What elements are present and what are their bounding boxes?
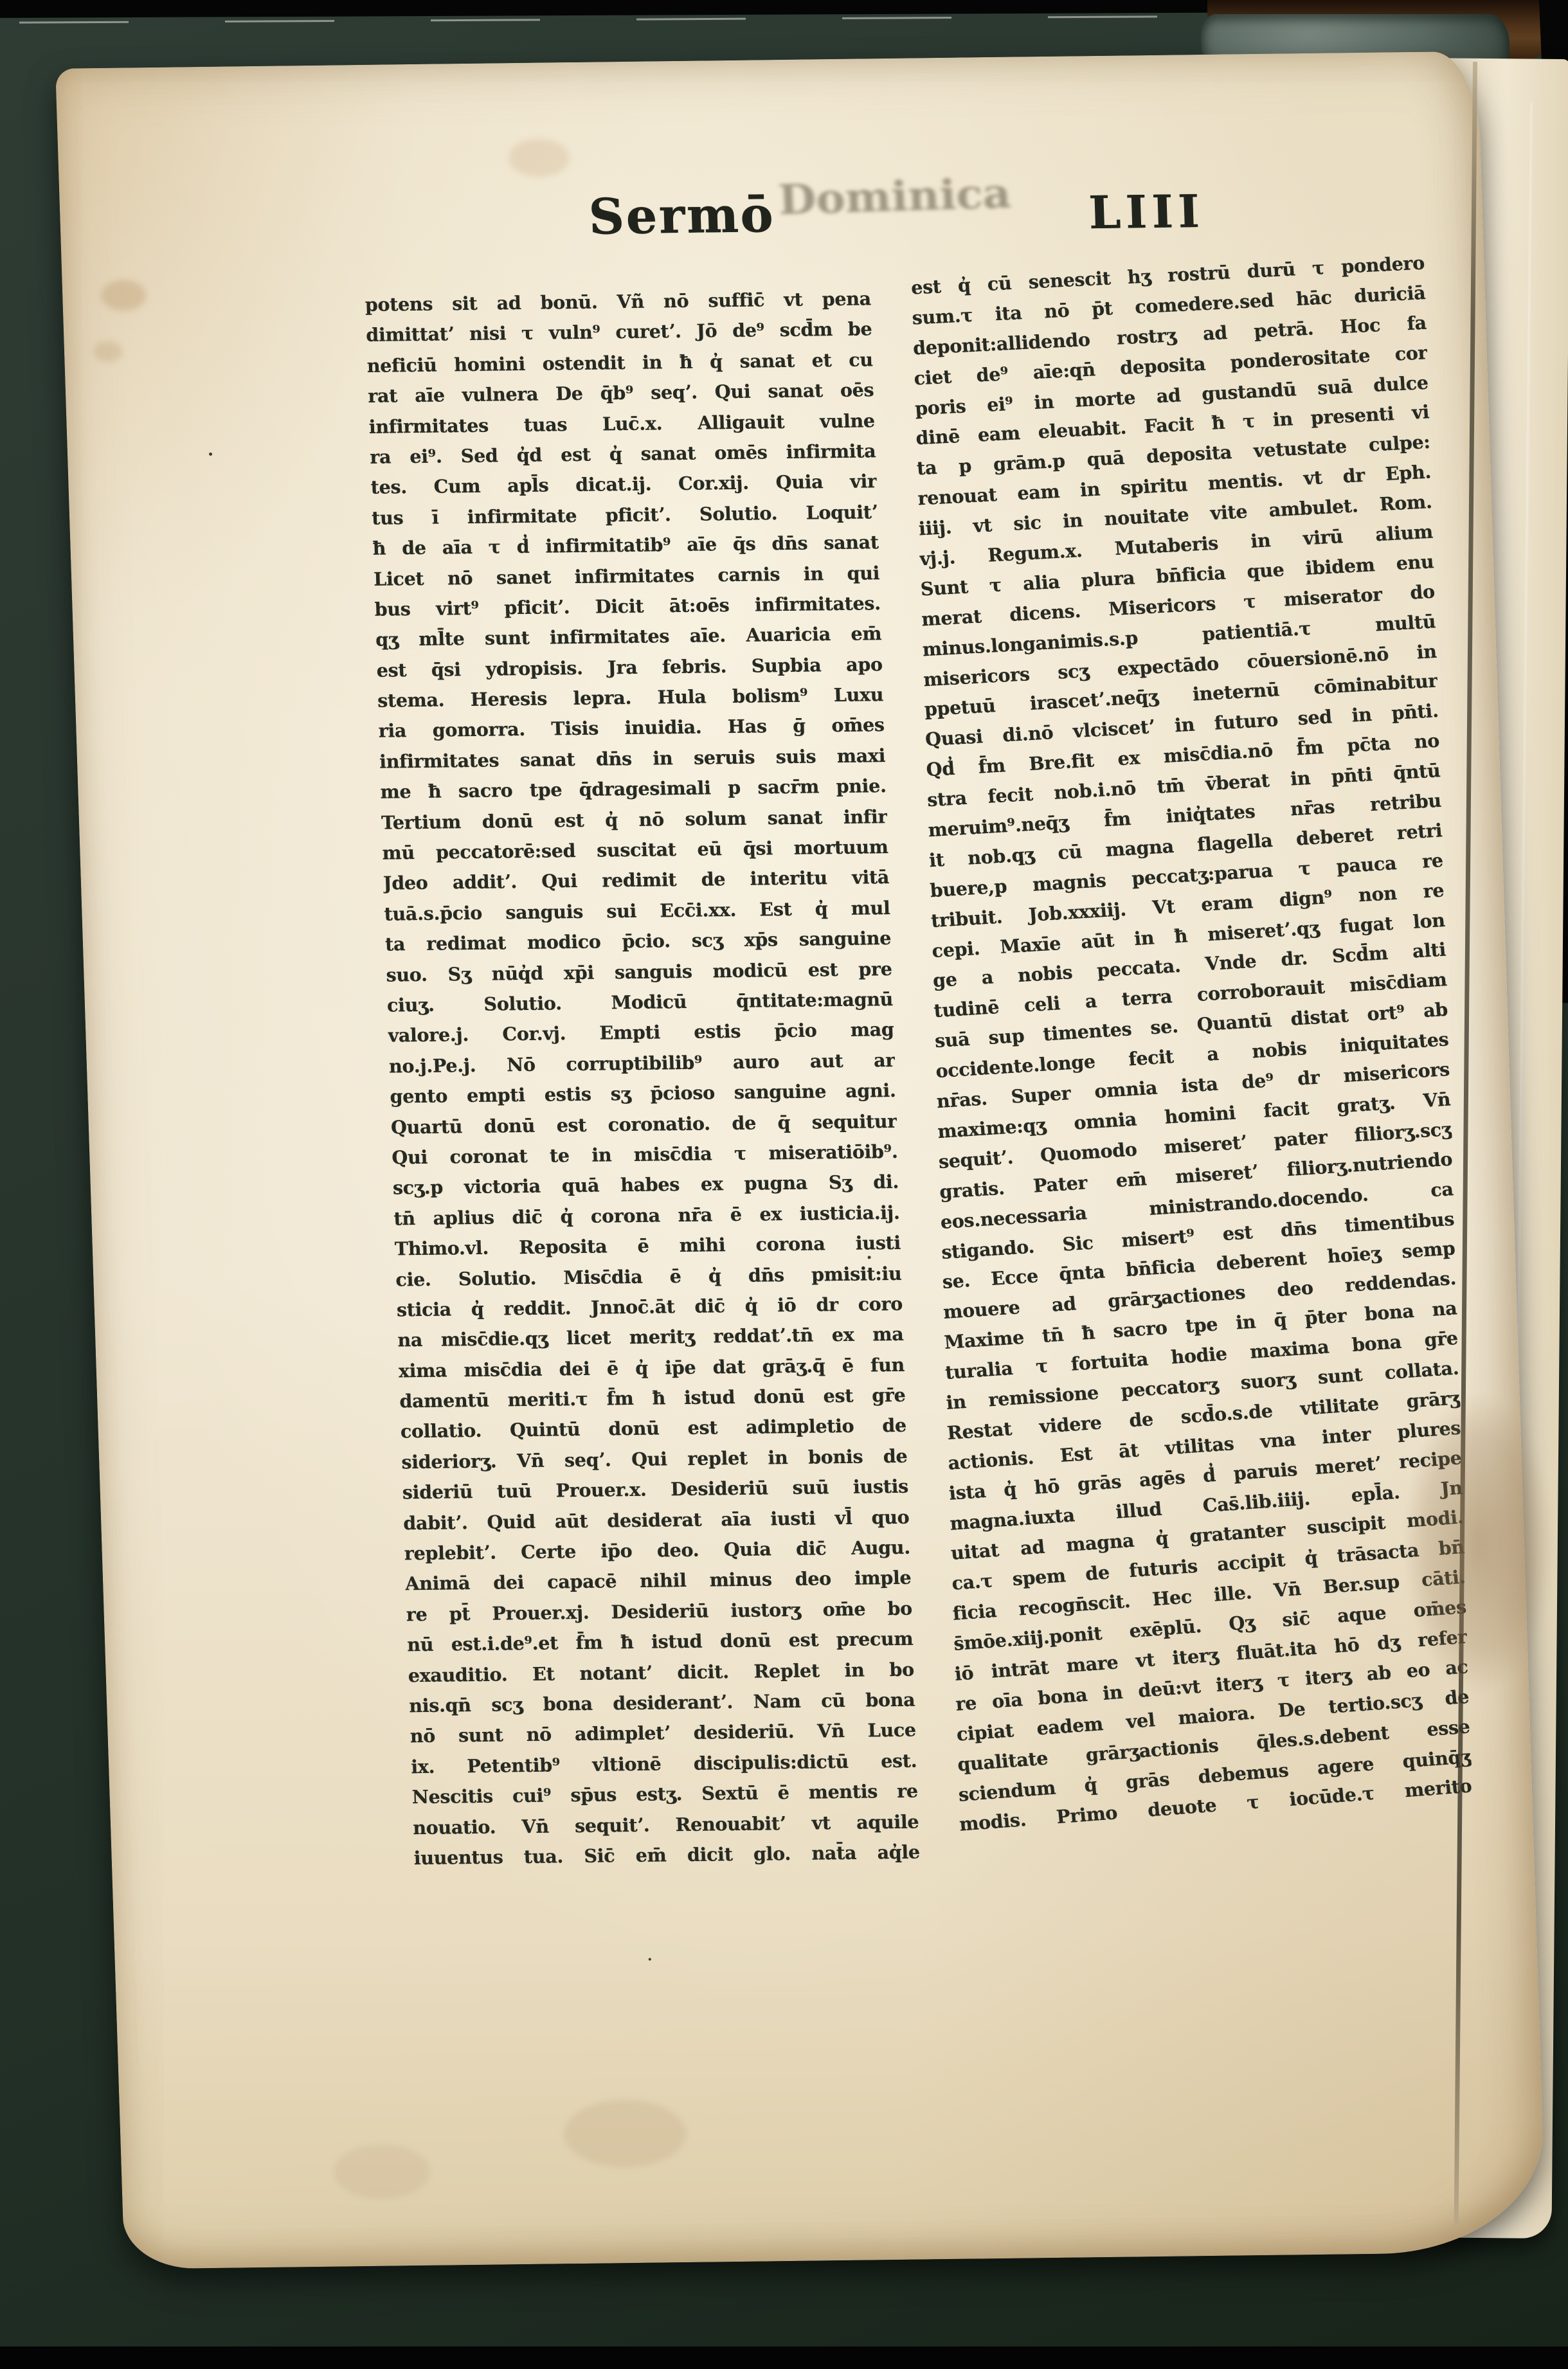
ink-speck (209, 453, 212, 456)
page-number: LIII (1088, 185, 1205, 239)
scan-border-bottom (0, 2346, 1568, 2369)
show-through-text: Dominica (777, 169, 1012, 224)
ink-speck (649, 1958, 651, 1961)
foxing-spot (100, 280, 147, 311)
running-header-title: Sermō (588, 186, 775, 246)
ink-speck (868, 1256, 871, 1259)
scan-photo: Sermō Dominica LIII potens sit ad bonū. … (0, 0, 1568, 2369)
book-page: Sermō Dominica LIII potens sit ad bonū. … (55, 51, 1546, 2269)
text-line: iuuentus tua. Sic̄ em̄ dicit glo. nat̄a … (413, 1837, 920, 1873)
foxing-spot (93, 341, 122, 363)
foxing-spot (508, 138, 570, 177)
paper-smudge (333, 2144, 431, 2200)
text-column-left: potens sit ad bonū. Vñ nō suffic̄ vt pen… (365, 284, 920, 1873)
paper-smudge (563, 2099, 687, 2168)
